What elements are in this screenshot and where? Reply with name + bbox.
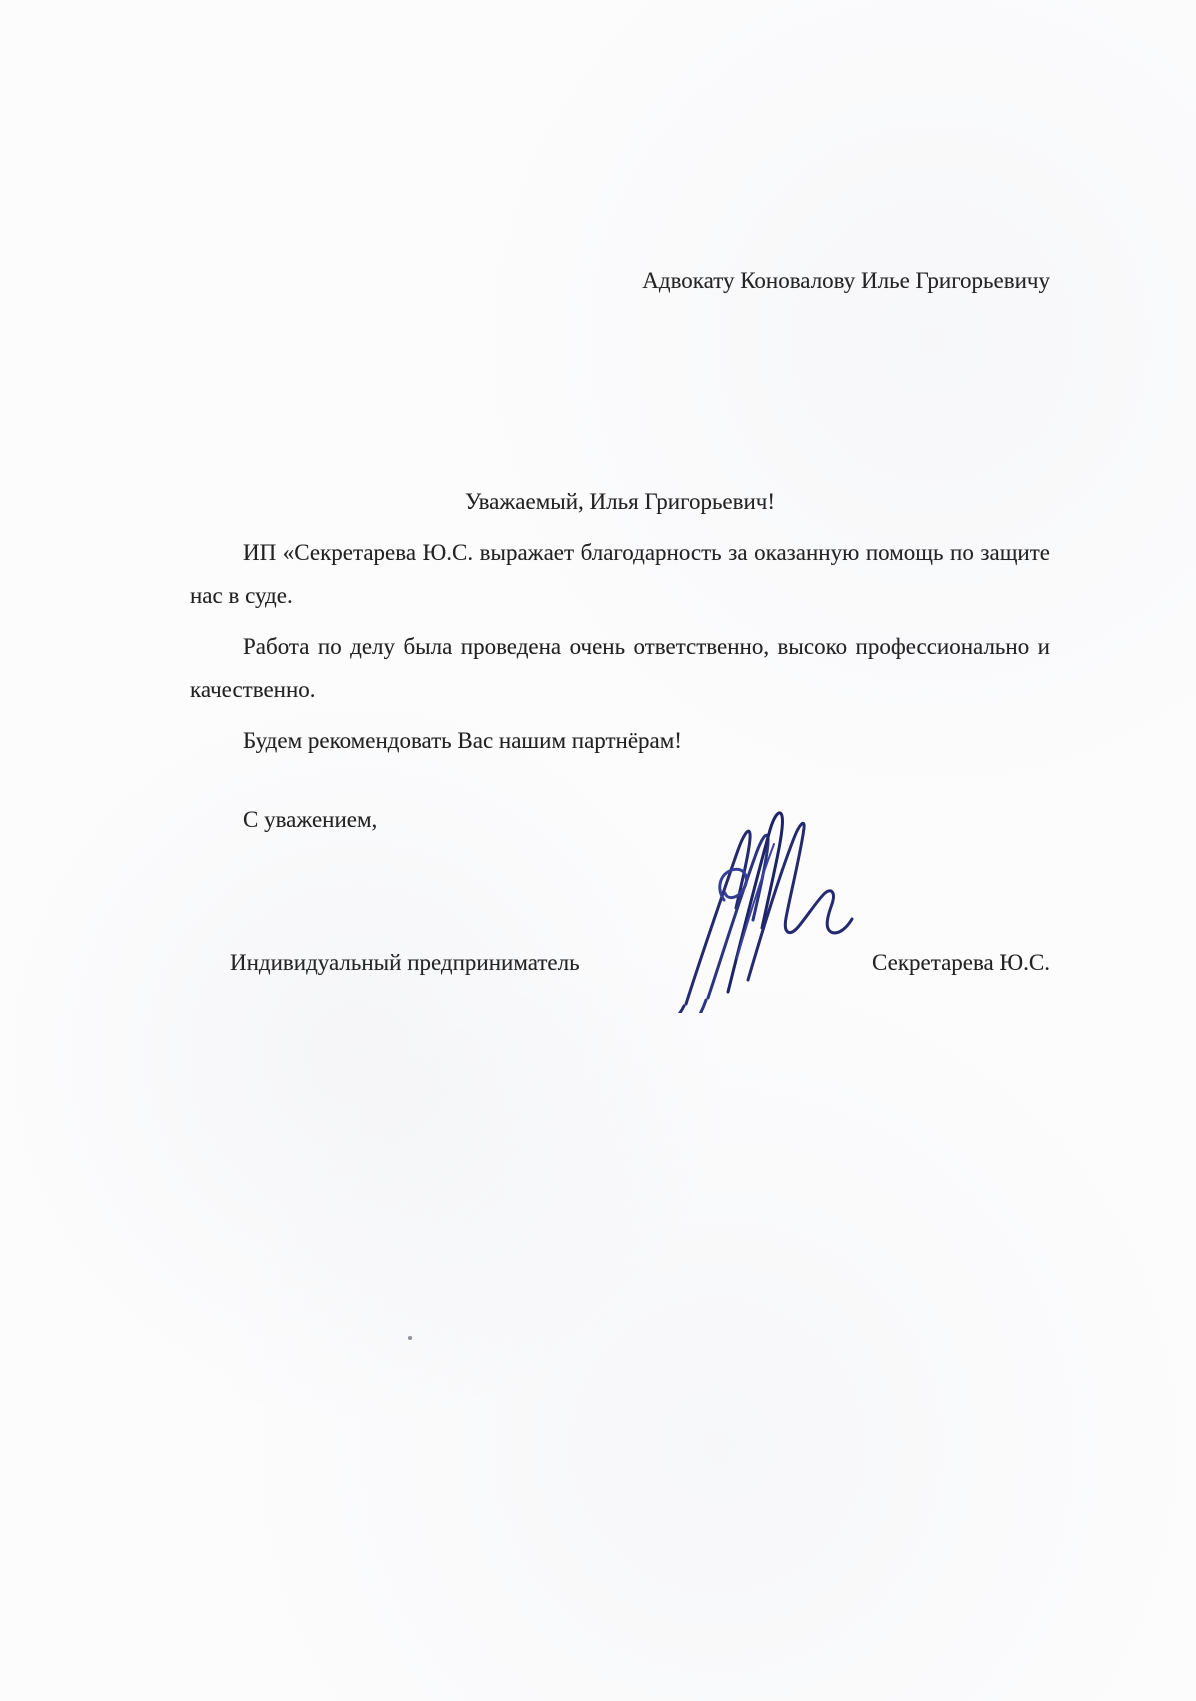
signer-title: Индивидуальный предприниматель	[230, 941, 580, 984]
scanned-letter-page: Адвокату Коновалову Илье Григорьевичу Ув…	[0, 0, 1196, 1701]
signature-row: Индивидуальный предприниматель Секретаре…	[190, 941, 1050, 984]
closing-line: С уважением,	[190, 798, 1050, 841]
salutation-line: Уважаемый, Илья Григорьевич!	[190, 480, 1050, 523]
addressee-line: Адвокату Коновалову Илье Григорьевичу	[190, 259, 1050, 302]
letter-content: Адвокату Коновалову Илье Григорьевичу Ув…	[190, 0, 1050, 984]
handwritten-signature-icon	[640, 768, 855, 1013]
scan-speck	[408, 1336, 412, 1340]
letter-paragraph: Будем рекомендовать Вас нашим партнёрам!	[190, 719, 1050, 762]
signer-name: Секретарева Ю.С.	[872, 941, 1050, 984]
letter-paragraph: Работа по делу была проведена очень отве…	[190, 625, 1050, 711]
letter-paragraph: ИП «Секретарева Ю.С. выражает благодарно…	[190, 531, 1050, 617]
